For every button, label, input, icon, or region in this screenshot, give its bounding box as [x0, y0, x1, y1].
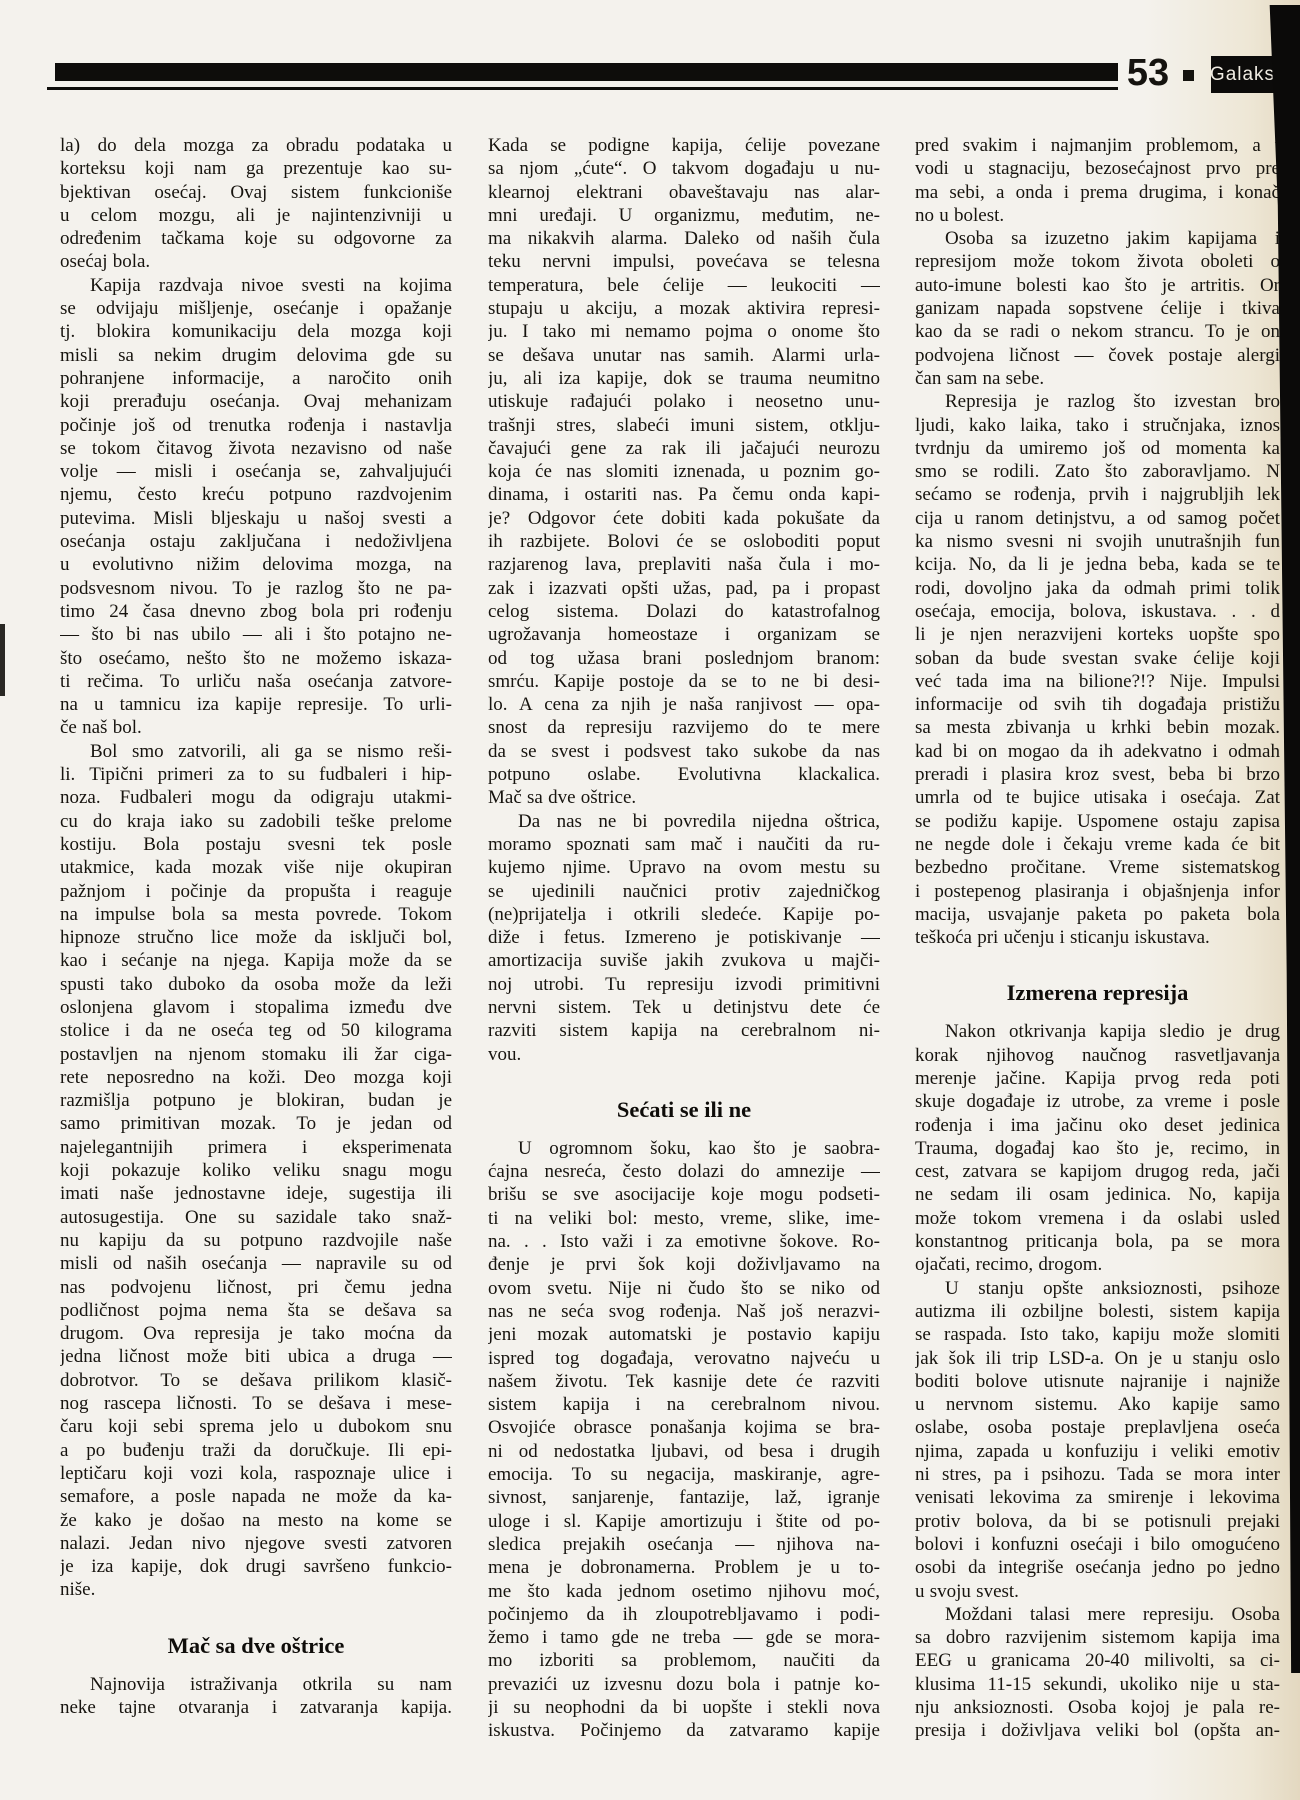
text-line: rođenja i ima jačinu oko deset jedinica [915, 1114, 1280, 1137]
text-line: Kapija razdvaja nivoe svesti na kojima [60, 274, 452, 297]
text-line: noza. Fudbaleri mogu da odigraju utakmi- [60, 786, 452, 809]
text-line: nju anksioznosti. Osoba kojoj je pala re… [915, 1696, 1280, 1719]
text-line: ka nismo svesni ni svojih unutrašnjih fu… [915, 530, 1280, 553]
text-line: Kada se podigne kapija, ćelije povezane [488, 134, 880, 157]
text-line: se tokom čitavog života nezavisno od naš… [60, 437, 452, 460]
text-line: Mač sa dve oštrice. [488, 786, 880, 809]
text-line: venisati lekovima za smirenje i lekovima [915, 1486, 1280, 1509]
header-rule-thick [55, 63, 1118, 81]
text-line: temperatura, bele ćelije — leukociti — [488, 274, 880, 297]
text-line: je iza kapije, dok drugi savršeno funkci… [60, 1555, 452, 1578]
text-line: (ne)prijatelja i otkrili sledeće. Kapije… [488, 903, 880, 926]
text-line: da se svest i podsvest tako sukobe da na… [488, 740, 880, 763]
text-line: spusti tako duboko da osoba može da leži [60, 973, 452, 996]
text-line: trašnji stres, slabeći imuni sistem, otk… [488, 414, 880, 437]
text-line: đenje je prvi šok koji doživljavamo na [488, 1253, 880, 1276]
text-line: u celom mozgu, ali je najintenzivniji u [60, 204, 452, 227]
text-line: samo primitivan mozak. To je jedan od [60, 1112, 452, 1135]
text-line: se ujedinili naučnici protiv zajedničkog [488, 880, 880, 903]
text-line: oslonjena glavom i stopalima između dve [60, 996, 452, 1019]
text-line: na. . . Isto važi i za emotivne šokove. … [488, 1230, 880, 1253]
text-line: no u bolest. [915, 204, 1280, 227]
text-line: kad bi on mogao da ih adekvatno i odmah [915, 740, 1280, 763]
text-line: već tada ima na bilione?!? Nije. Impulsi [915, 670, 1280, 693]
text-line: kcija. No, da li je jedna beba, kada se … [915, 553, 1280, 576]
text-line: ti rečima. To urliču naša osećanja zatvo… [60, 670, 452, 693]
text-line: sledica prejakih osećanja — njihova na- [488, 1533, 880, 1556]
text-line: moramo spoznati sam mač i naučiti da ru- [488, 833, 880, 856]
text-line: u svoju svest. [915, 1580, 1280, 1603]
text-line: sećamo se rođenja, prvih i najgrubljih l… [915, 483, 1280, 506]
left-edge-scan-mark [0, 624, 5, 696]
text-line: korteksu koji nam ga prezentuje kao su- [60, 157, 452, 180]
text-column-1: la) do dela mozga za obradu podataka uko… [60, 134, 452, 1719]
text-line: putevima. Misli bljeskaju u našoj svesti… [60, 507, 452, 530]
text-line: vou. [488, 1043, 880, 1066]
text-line: se podižu kapije. Uspomene ostaju zapisa [915, 810, 1280, 833]
text-line: osećanja ostaju zaključana i nedoživljen… [60, 530, 452, 553]
text-line: ih razbijete. Bolovi će se osloboditi po… [488, 530, 880, 553]
text-line: ji su neophodni da bi uopšte i stekli no… [488, 1696, 880, 1719]
text-line: boditi bolove utisnute najranije i najni… [915, 1370, 1280, 1393]
text-line: što osećamo, nešto što ne možemo iskaza- [60, 647, 452, 670]
text-line: na u tamnicu iza kapije represije. To ur… [60, 693, 452, 716]
text-line: nas ne seća svog rođenja. Naš još nerazv… [488, 1300, 880, 1323]
text-line: U ogromnom šoku, kao što je saobra- [488, 1137, 880, 1160]
text-line: že kako je došao na mesto na kome se [60, 1509, 452, 1532]
text-line: jedna ličnost može biti ubica a druga — [60, 1345, 452, 1368]
text-line: smo se rodili. Zato što zaboravljamo. N [915, 460, 1280, 483]
text-line: je? Odgovor ćete dobiti kada pokušate da [488, 507, 880, 530]
text-line: korak njihovog naučnog rasvetljavanja [915, 1044, 1280, 1067]
text-line: — što bi nas ubilo — ali i što potajno n… [60, 623, 452, 646]
header-bullet-square-icon [1183, 70, 1194, 81]
text-line: neke tajne otvaranja i zatvaranja kapija… [60, 1696, 452, 1719]
text-line: jeni mozak automatski je postavio kapiju [488, 1323, 880, 1346]
text-line: našem životu. Tek kasnije dete će razvit… [488, 1370, 880, 1393]
text-line: ganizam napada sopstvene ćelije i tkiva [915, 297, 1280, 320]
text-line: Moždani talasi mere represiju. Osoba [915, 1603, 1280, 1626]
text-line: snost da represiju razvijemo do te mere [488, 716, 880, 739]
text-line: celog sistema. Dolazi do katastrofalnog [488, 600, 880, 623]
text-line: autosugestija. One su sazidale tako snaž… [60, 1206, 452, 1229]
text-line: na impulse bola sa mesta povrede. Tokom [60, 903, 452, 926]
text-line: Da nas ne bi povredila nijedna oštrica, [488, 810, 880, 833]
text-line: dobrotvor. To se dešava prilikom klasič- [60, 1369, 452, 1392]
text-line: lo. A cena za njih je naša ranjivost — o… [488, 693, 880, 716]
text-line: se dešava unutar nas samih. Alarmi urla- [488, 344, 880, 367]
text-line: dinama, i ostariti nas. Pa čemu onda kap… [488, 483, 880, 506]
text-line: ojačati, recimo, drogom. [915, 1253, 1280, 1276]
text-line: represijom može tokom života oboleti o [915, 250, 1280, 273]
text-line: klusima 11-15 sekundi, ukoliko nije u st… [915, 1673, 1280, 1696]
text-line: mena je dobronamerna. Problem je u to- [488, 1556, 880, 1579]
text-line: cija u ranom detinjstvu, a od samog poče… [915, 507, 1280, 530]
text-line: počinje još od trenutka rođenja i nastav… [60, 414, 452, 437]
text-line: podličnost pojma nema šta se dešava sa [60, 1299, 452, 1322]
text-line: amortizacija suviše jakih zvukova u majč… [488, 949, 880, 972]
text-line: a po buđenju traži da doručkuje. Ili epi… [60, 1439, 452, 1462]
text-line: od tog užasa brani poslednjom branom: [488, 647, 880, 670]
text-line: sa njom „ćute“. O takvom događaju u nu- [488, 157, 880, 180]
text-line: pažnjom i počinje da propušta i reaguje [60, 880, 452, 903]
text-line: pohranjene informacije, a naročito onih [60, 367, 452, 390]
text-line: prevazići uz izvesnu dozu bola i patnje … [488, 1673, 880, 1696]
text-line: nog rascepa ličnosti. To se dešava i mes… [60, 1392, 452, 1415]
text-line: ne sedam ili osam jedinica. No, kapija [915, 1183, 1280, 1206]
text-line: kujemo njime. Upravo na ovom mestu su [488, 856, 880, 879]
text-line: timo 24 časa dnevno zbog bola pri rođenj… [60, 600, 452, 623]
text-line: ovom svetu. Nije ni čudo što se niko od [488, 1277, 880, 1300]
text-line: merenje jačine. Kapija prvog reda poti [915, 1067, 1280, 1090]
text-line: ispred tog događaja, verovatno najveću u [488, 1347, 880, 1370]
text-line: noj utrobi. Tu represiju izvodi primitiv… [488, 973, 880, 996]
text-line: osobi da integriše osećanja jedno po jed… [915, 1556, 1280, 1579]
text-line: bolovi i konfuzni osećaji i bilo omoguće… [915, 1533, 1280, 1556]
text-line: protiv bolova, da bi se potisnuli prejak… [915, 1510, 1280, 1533]
text-line: li. Tipični primeri za to su fudbaleri i… [60, 763, 452, 786]
text-line: mo izboriti sa problemom, naučiti da [488, 1649, 880, 1672]
text-line: koji pokazuje koliko veliku snagu mogu [60, 1159, 452, 1182]
text-line: hipnoze stručno lice može da isključi bo… [60, 926, 452, 949]
text-line: ma sebi, a onda i prema drugima, i konač [915, 181, 1280, 204]
text-line: semafore, a posle napada ne može da ka- [60, 1485, 452, 1508]
text-line: kostiju. Bola postaju svesni tek posle [60, 833, 452, 856]
text-line: Nakon otkrivanja kapija sledio je drug [915, 1020, 1280, 1043]
text-line: skuje događaje iz utrobe, za vreme i pos… [915, 1090, 1280, 1113]
text-line: sa mesta zbivanja u krhki bebin mozak. [915, 716, 1280, 739]
text-line: vodi u stagnaciju, bezosećajnost prvo pr… [915, 157, 1280, 180]
text-line: iskustva. Počinjemo da zatvaramo kapije [488, 1719, 880, 1742]
text-line: macija, usvajanje paketa po paketa bola [915, 903, 1280, 926]
text-line: kao da se radi o nekom strancu. To je on [915, 320, 1280, 343]
text-line: auto-imune bolesti kao što je artritis. … [915, 274, 1280, 297]
text-line: kao i sećanje na njega. Kapija može da s… [60, 949, 452, 972]
text-line: utakmice, kada mozak više nije okupiran [60, 856, 452, 879]
text-line: cest, zatvara se kapijom drugog reda, ja… [915, 1160, 1280, 1183]
text-line: Trauma, događaj kao što je, recimo, in [915, 1137, 1280, 1160]
text-line: tvrdnju da umiremo još od momenta ka [915, 437, 1280, 460]
text-line: U stanju opšte anksioznosti, psihoze [915, 1277, 1280, 1300]
text-line: koja će nas slomiti iznenada, u poznim g… [488, 460, 880, 483]
text-line: drugom. Ova represija je tako moćna da [60, 1322, 452, 1345]
text-line: podsvesnom nivou. To je razlog što ne pa… [60, 577, 452, 600]
text-line: teškoća pri učenju i sticanju iskustava. [915, 926, 1280, 949]
text-line: klearnoj elektrani obaveštavaju nas alar… [488, 181, 880, 204]
text-line: rodi, dovoljno jaka da odmah primi tolik [915, 577, 1280, 600]
text-line: autizma ili ozbiljne bolesti, sistem kap… [915, 1300, 1280, 1323]
text-line: tj. blokira komunikaciju dela mozga koji [60, 320, 452, 343]
text-line: ne negde dole i čekaju vreme kada će bit [915, 833, 1280, 856]
text-line: Osoba sa izuzetno jakim kapijama i [915, 227, 1280, 250]
text-line: jak šok ili trip LSD-a. On je u stanju o… [915, 1347, 1280, 1370]
text-line: najelegantnijih primera i eksperimenata [60, 1136, 452, 1159]
text-line: Bol smo zatvorili, ali ga se nismo reši- [60, 740, 452, 763]
text-line: ugrožavanja homeostaze i organizam se [488, 623, 880, 646]
text-line: čaru koji sebi sprema jelo u dubokom snu [60, 1415, 452, 1438]
text-line: leptičaru koji vozi kola, raspoznaje uli… [60, 1462, 452, 1485]
text-line: Najnovija istraživanja otkrila su nam [60, 1673, 452, 1696]
text-line: stolice i da ne oseća teg od 50 kilogram… [60, 1019, 452, 1042]
text-line: ti na veliki bol: mesto, vreme, slike, i… [488, 1207, 880, 1230]
text-line: soban da bude svestan svake ćelije koji [915, 647, 1280, 670]
text-line: čavajući gene za rak ili jačajući neuroz… [488, 437, 880, 460]
text-column-3: pred svakim i najmanjim problemom, a tvo… [915, 134, 1280, 1743]
text-line: me što kada jednom osetimo njihovu moć, [488, 1580, 880, 1603]
text-line: imati naše jednostavne ideje, sugestija … [60, 1182, 452, 1205]
text-line: če naš bol. [60, 716, 452, 739]
text-line: podvojena ličnost — čovek postaje alergi [915, 344, 1280, 367]
text-line: se odvijaju mišljenje, osećanje i opažan… [60, 297, 452, 320]
header-rule-thin [47, 87, 1118, 90]
text-line: ni stres, pa i psihozu. Tada se mora int… [915, 1463, 1280, 1486]
text-line: nervni sistem. Tek u detinjstvu dete će [488, 996, 880, 1019]
text-column-2: Kada se podigne kapija, ćelije povezanes… [488, 134, 880, 1743]
text-line: se raspada. Isto tako, kapiju može slomi… [915, 1323, 1280, 1346]
text-line: nu kapiju da su potpuno razdvojile naše [60, 1229, 452, 1252]
text-line: razviti sistem kapija na cerebralnom ni- [488, 1019, 880, 1042]
text-line: niše. [60, 1578, 452, 1601]
text-line: u nervnom sistemu. Ako kapije samo [915, 1393, 1280, 1416]
text-line: ni od nedostatka ljubavi, od besa i drug… [488, 1440, 880, 1463]
text-line: Osvojiće obrasce ponašanja kojima se bra… [488, 1416, 880, 1439]
text-line: sa dobro razvijenim sistemom kapija ima [915, 1626, 1280, 1649]
text-line: postavljen na njenom stomaku ili žar cig… [60, 1043, 452, 1066]
text-line: ma nikakvih alarma. Daleko od naših čula [488, 227, 880, 250]
text-line: preradi i plasira kroz svest, beba bi br… [915, 763, 1280, 786]
text-line: la) do dela mozga za obradu podataka u [60, 134, 452, 157]
text-line: presija i doživljava veliki bol (opšta a… [915, 1719, 1280, 1742]
text-line: rete neposredno na koži. Deo mozga koji [60, 1066, 452, 1089]
text-line: pred svakim i najmanjim problemom, a t [915, 134, 1280, 157]
section-heading: Izmerena represija [915, 979, 1280, 1006]
text-line: potpuno oslabe. Evolutivna klackalica. [488, 763, 880, 786]
text-line: osećaj bola. [60, 250, 452, 273]
text-line: diže i fetus. Izmereno je potiskivanje — [488, 926, 880, 949]
text-line: Represija je razlog što izvestan bro [915, 390, 1280, 413]
text-line: ljudi, kako laika, tako i stručnjaka, iz… [915, 414, 1280, 437]
text-line: bezbedno pročitane. Vreme sistematskog [915, 856, 1280, 879]
text-line: cu do kraja iako su zadobili teške prelo… [60, 810, 452, 833]
text-line: ćajna nesreća, često dolazi do amnezije … [488, 1160, 880, 1183]
text-line: brišu se sve asocijacije koje mogu podse… [488, 1183, 880, 1206]
text-line: čan sam na sebe. [915, 367, 1280, 390]
magazine-page-scan: 53 Galaksija la) do dela mozga za obradu… [0, 0, 1300, 1800]
text-line: žemo i tamo gde ne treba — gde se mora- [488, 1626, 880, 1649]
text-line: li je njen nerazvijeni korteks uopšte sp… [915, 623, 1280, 646]
text-line: uloge i sl. Kapije amortizuju i štite od… [488, 1510, 880, 1533]
text-line: nalazi. Jedan nivo njegove svesti zatvor… [60, 1532, 452, 1555]
text-line: razjarenog lava, preplaviti naša čula i … [488, 553, 880, 576]
page-number: 53 [1120, 53, 1176, 93]
text-line: i postepenog plasiranja i objašnjenja in… [915, 880, 1280, 903]
text-line: počinjemo da ih zloupotrebljavamo i podi… [488, 1603, 880, 1626]
text-line: nas podvojenu ličnost, pri čemu jedna [60, 1276, 452, 1299]
text-line: misli od naših osećanja — napravile su o… [60, 1252, 452, 1275]
text-line: zak i izazvati opšti užas, pad, pa i pro… [488, 577, 880, 600]
text-line: sivnost, sanjarenje, fantazije, laž, igr… [488, 1486, 880, 1509]
text-line: EEG u granicama 20-40 milivolti, sa ci- [915, 1649, 1280, 1672]
text-line: oslabe, osoba postaje preplavljena oseća [915, 1416, 1280, 1439]
text-line: njemu, često kreću potpuno razdvojenim [60, 483, 452, 506]
text-line: ju, ali iza kapije, dok se trauma neumit… [488, 367, 880, 390]
text-line: misli sa nekim drugim delovima gde su [60, 344, 452, 367]
text-line: volje — misli i osećanja se, zahvaljujuć… [60, 460, 452, 483]
text-line: sistem kapija i na cerebralnom nivou. [488, 1393, 880, 1416]
text-line: informacije od svih tih događaja pristiž… [915, 693, 1280, 716]
text-line: umrla od te bujice utisaka i osećaja. Za… [915, 786, 1280, 809]
text-line: utiskuje rađajući polako i neosetno unu- [488, 390, 880, 413]
section-heading: Sećati se ili ne [488, 1096, 880, 1123]
text-line: konstantnog priticanja bola, pa se mora [915, 1230, 1280, 1253]
text-line: emocija. To su negacija, maskiranje, agr… [488, 1463, 880, 1486]
section-heading: Mač sa dve oštrice [60, 1632, 452, 1659]
text-line: ju. I tako mi nemamo pojma o onome što [488, 320, 880, 343]
text-line: može tokom vremena i da oslabi usled [915, 1207, 1280, 1230]
text-line: u evolutivno nižim delovima mozga, na [60, 553, 452, 576]
text-line: koji prerađuju osećanja. Ovaj mehanizam [60, 390, 452, 413]
text-line: bjektivan osećaj. Ovaj sistem funkcioniš… [60, 181, 452, 204]
text-line: određenim tačkama koje su odgovorne za [60, 227, 452, 250]
text-line: osećaja, emocija, bolova, iskustava. . .… [915, 600, 1280, 623]
text-line: njima, zapada u konfuziju i veliki emoti… [915, 1440, 1280, 1463]
text-line: smrću. Kapije postoje da se to ne bi des… [488, 670, 880, 693]
text-line: razmišlja potpuno je blokiran, budan je [60, 1089, 452, 1112]
text-line: stupaju u akciju, a mozak aktivira repre… [488, 297, 880, 320]
text-line: teku nervni impulsi, povećava se telesna [488, 250, 880, 273]
text-line: mni uređaji. U organizmu, međutim, ne- [488, 204, 880, 227]
